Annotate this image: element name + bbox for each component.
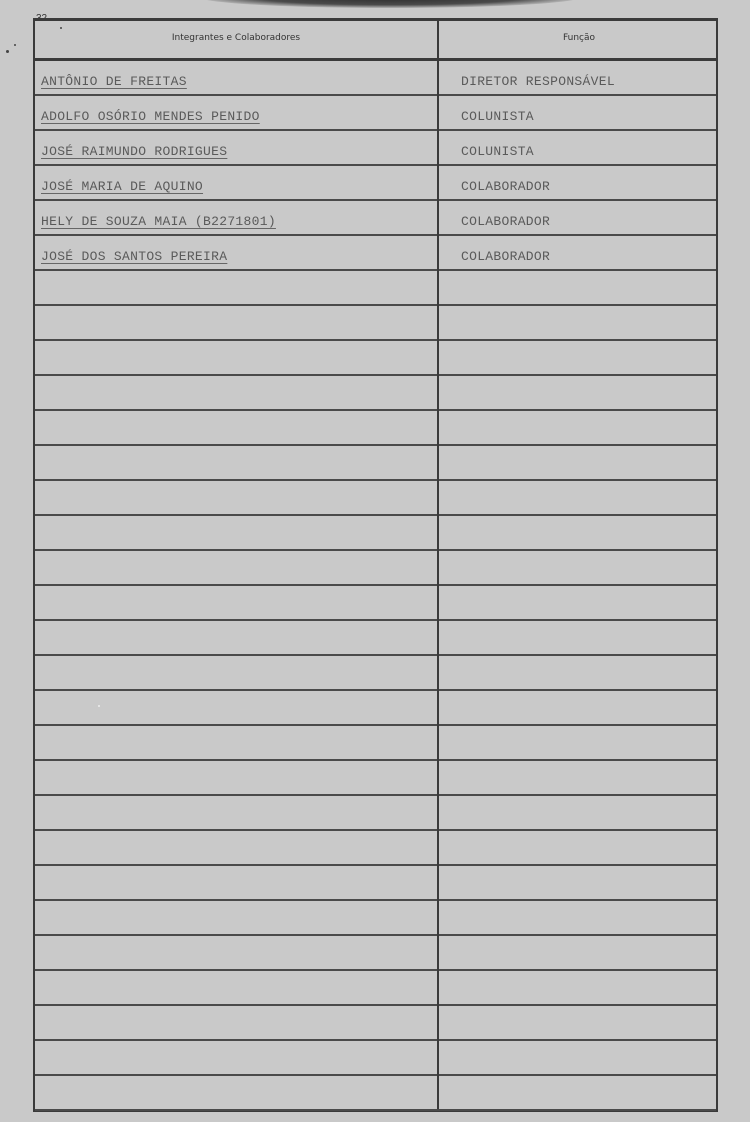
- member-name: HELY DE SOUZA MAIA (B2271801): [41, 214, 276, 229]
- table-row: [35, 1076, 716, 1111]
- table-row: [35, 691, 716, 726]
- members-form-table: Integrantes e Colaboradores Função ANTÔN…: [33, 18, 718, 1112]
- member-role: COLUNISTA: [461, 109, 534, 124]
- table-row: [35, 901, 716, 936]
- table-row: JOSÉ MARIA DE AQUINOCOLABORADOR: [35, 166, 716, 201]
- table-row: ADOLFO OSÓRIO MENDES PENIDOCOLUNISTA: [35, 96, 716, 131]
- table-row: [35, 971, 716, 1006]
- table-row: [35, 1041, 716, 1076]
- member-name: JOSÉ DOS SANTOS PEREIRA: [41, 249, 227, 264]
- column-divider: [437, 21, 439, 1109]
- table-row: [35, 796, 716, 831]
- table-row: [35, 271, 716, 306]
- table-row: [35, 726, 716, 761]
- table-row: [35, 516, 716, 551]
- table-row: [35, 376, 716, 411]
- table-header: Integrantes e Colaboradores Função: [35, 21, 716, 61]
- table-row: [35, 656, 716, 691]
- table-row: [35, 866, 716, 901]
- table-row: [35, 831, 716, 866]
- table-row: [35, 761, 716, 796]
- member-name: JOSÉ MARIA DE AQUINO: [41, 179, 203, 194]
- table-row: [35, 411, 716, 446]
- member-role: COLUNISTA: [461, 144, 534, 159]
- table-row: [35, 446, 716, 481]
- table-row: [35, 551, 716, 586]
- table-row: [35, 1006, 716, 1041]
- table-row: [35, 936, 716, 971]
- member-name: ADOLFO OSÓRIO MENDES PENIDO: [41, 109, 260, 124]
- header-role: Função: [439, 33, 719, 43]
- table-row: JOSÉ RAIMUNDO RODRIGUESCOLUNISTA: [35, 131, 716, 166]
- table-row: [35, 306, 716, 341]
- table-row: HELY DE SOUZA MAIA (B2271801)COLABORADOR: [35, 201, 716, 236]
- table-row: [35, 621, 716, 656]
- scan-shadow: [200, 0, 580, 8]
- header-members: Integrantes e Colaboradores: [35, 33, 437, 43]
- member-name: JOSÉ RAIMUNDO RODRIGUES: [41, 144, 227, 159]
- table-row: [35, 586, 716, 621]
- table-body: ANTÔNIO DE FREITASDIRETOR RESPONSÁVELADO…: [35, 61, 716, 1111]
- table-row: ANTÔNIO DE FREITASDIRETOR RESPONSÁVEL: [35, 61, 716, 96]
- table-row: [35, 341, 716, 376]
- table-row: [35, 481, 716, 516]
- member-role: COLABORADOR: [461, 179, 550, 194]
- member-role: DIRETOR RESPONSÁVEL: [461, 74, 615, 89]
- member-role: COLABORADOR: [461, 249, 550, 264]
- member-role: COLABORADOR: [461, 214, 550, 229]
- member-name: ANTÔNIO DE FREITAS: [41, 74, 187, 89]
- table-row: JOSÉ DOS SANTOS PEREIRACOLABORADOR: [35, 236, 716, 271]
